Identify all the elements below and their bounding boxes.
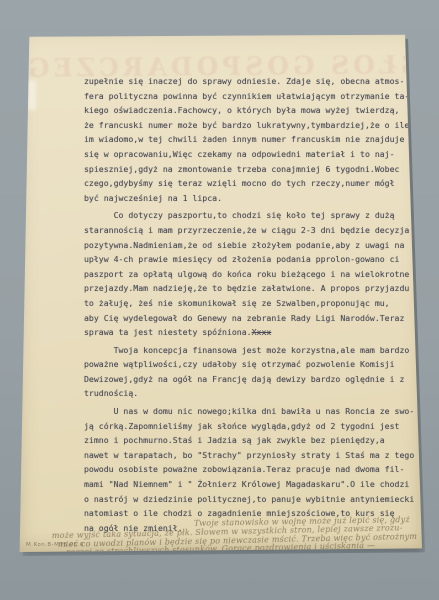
typed-line: sprawa ta jest niestety spóźniona.Xxxx	[84, 325, 418, 340]
typed-line: powodu osobiste poważne zobowiązania.Ter…	[84, 462, 418, 477]
typed-line: upływ 4-ch prawie miesięcy od złożenia p…	[84, 252, 418, 267]
typed-line: być najwcześniej na 1 lipca.	[84, 191, 418, 206]
letter-page: GŁOS GOSPODARCZEGO zupełnie się inaczej …	[18, 30, 422, 552]
typed-line: spieszniej,gdyż na zmontowanie trzeba co…	[84, 162, 418, 177]
typed-line: przejazdy.Mam nadzieję,że to będzie zała…	[84, 281, 418, 296]
typed-line: to żałuję, żeś nie skomunikował się ze S…	[84, 296, 418, 311]
typed-line: że francuski numer może być bardzo lukra…	[84, 118, 418, 133]
typed-line: czego,gdybyśmy się teraz wzięli mocno do…	[84, 176, 418, 191]
archive-mark: M.Kon.B-M78.05.6	[26, 542, 84, 548]
typed-line: kiego oświadczenia.Fachowcy, o których b…	[84, 103, 418, 118]
typed-line: trudnością.	[84, 386, 418, 401]
struck-text: Xxxx	[252, 327, 272, 337]
typed-line: Dewizowej,gdyż na ogół na Francję dają d…	[84, 372, 418, 387]
typed-line: fera polityczna powinna być czynnikiem u…	[84, 89, 418, 104]
typed-line: mami "Nad Niemnem" i " Żołnierz Królowej…	[84, 477, 418, 492]
paragraph: Co dotyczy paszportu,to chodzi się koło …	[84, 208, 418, 339]
paragraph: zupełnie się inaczej do sprawy odniesie.…	[84, 74, 418, 205]
typed-line: zupełnie się inaczej do sprawy odniesie.…	[84, 74, 418, 89]
typed-line: o nastrój w dziedzinie politycznej,to pa…	[84, 492, 418, 507]
typed-line: poważne wątpliwości,czy udałoby się otrz…	[84, 357, 418, 372]
typed-line: ją córką.Zapomnieliśmy jak słońce wygląd…	[84, 419, 418, 434]
typed-line: się w opracowaniu,Więc czekamy na odpowi…	[84, 147, 418, 162]
typed-line: nawet w tarapatach, bo "Strachy" przynio…	[84, 448, 418, 463]
typed-line: im wiadomo,w tej chwili żaden innym nume…	[84, 132, 418, 147]
typed-line: starannością i mam przyrzeczenie,że w ci…	[84, 223, 418, 238]
typed-line: Twoja koncepcja finansowa jest może korz…	[84, 343, 418, 358]
typed-line: paszport za opłatą ulgową do końca roku …	[84, 267, 418, 282]
typed-text: zupełnie się inaczej do sprawy odniesie.…	[84, 74, 418, 535]
scan-background: GŁOS GOSPODARCZEGO zupełnie się inaczej …	[0, 0, 439, 600]
paper-blemish	[27, 80, 36, 110]
typed-line: zimno i pochmurno.Staś i Jadzia są jak z…	[84, 433, 418, 448]
typed-line: pozytywna.Nadmieniam,że od siebie złożył…	[84, 238, 418, 253]
typed-line: Co dotyczy paszportu,to chodzi się koło …	[84, 208, 418, 223]
typed-line: U nas w domu nic nowego;kilka dni bawiła…	[84, 404, 418, 419]
paragraph: Twoja koncepcja finansowa jest może korz…	[84, 343, 418, 401]
typed-line: aby Cię wydelegował do Genewy na zebrani…	[84, 311, 418, 326]
